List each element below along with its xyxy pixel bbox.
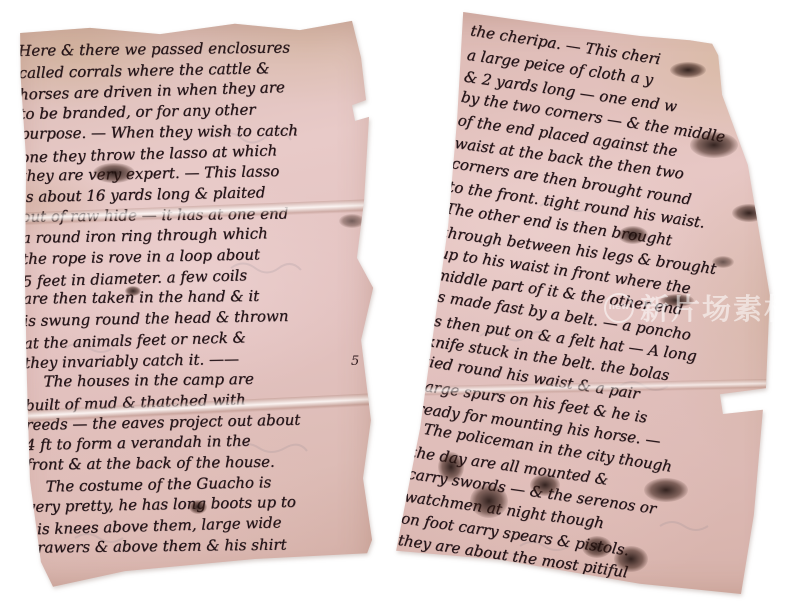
letter-page-right: the cheripa. — This cheria large peice o… [360,6,790,606]
right-page-wrapper: the cheripa. — This cheria large peice o… [0,0,800,610]
right-page-text: the cheripa. — This cheria large peice o… [397,21,774,594]
